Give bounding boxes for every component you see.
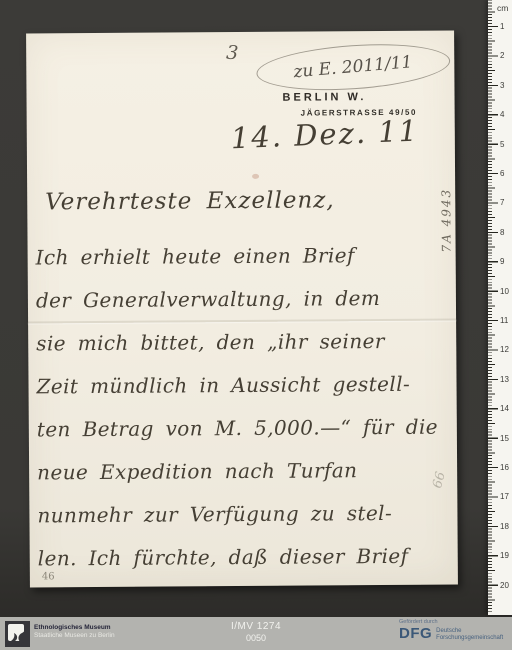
page-number-note: 3 — [226, 42, 239, 65]
registry-note-ellipse: zu E. 2011/11 — [255, 39, 452, 96]
margin-note-vertical: 7A 4943 — [439, 173, 454, 253]
dfg-logo: DFG — [399, 626, 432, 641]
ruler: cm 1234567891011121314151617181920 — [488, 0, 512, 615]
letter-body: Verehrteste Exzellenz, Ich erhielt heute… — [35, 177, 452, 625]
handwritten-line: Ich erhielt heute einen Brief — [35, 235, 449, 281]
ruler-number: 4 — [500, 110, 504, 119]
handwritten-line: Zeit mündlich in Aussicht gestell- — [36, 364, 450, 410]
letterhead-city: BERLIN W. — [282, 91, 366, 104]
corner-page-note: 46 — [42, 571, 55, 582]
ruler-number: 11 — [500, 316, 508, 325]
ruler-number: 2 — [500, 51, 504, 60]
dfg-name: Deutsche Forschungsgemeinschaft — [436, 628, 503, 641]
ruler-number: 1 — [500, 22, 504, 31]
ruler-number: 8 — [500, 228, 504, 237]
ruler-number: 3 — [500, 81, 504, 90]
ruler-number: 15 — [500, 434, 509, 443]
salutation: Verehrteste Exzellenz, — [35, 177, 449, 238]
ruler-number: 14 — [500, 404, 509, 413]
ruler-number: 20 — [500, 581, 509, 590]
dfg-name-line2: Forschungsgemeinschaft — [436, 635, 503, 642]
handwritten-line: neue Expedition nach Turfan — [37, 450, 451, 496]
handwritten-line: len. Ich fürchte, daß dieser Brief — [38, 536, 452, 582]
handwritten-line: ten Betrag von M. 5,000.—“ für die — [37, 407, 451, 453]
handwritten-date: 14. Dez. 11 — [230, 113, 420, 155]
ruler-number: 7 — [500, 198, 504, 207]
handwritten-line: nunmehr zur Verfügung zu stel- — [37, 493, 451, 539]
handwritten-line: sie mich bittet, den „ihr seiner — [36, 321, 450, 367]
letter-page: 3 zu E. 2011/11 BERLIN W. JÄGERSTRASSE 4… — [26, 31, 458, 588]
registry-note: zu E. 2011/11 — [293, 52, 413, 82]
ruler-number: 19 — [500, 551, 509, 560]
ruler-number: 18 — [500, 522, 509, 531]
ruler-number: 10 — [500, 287, 509, 296]
ruler-number: 17 — [500, 492, 509, 501]
archive-footer: Ethnologisches Museum Staatliche Museen … — [0, 617, 512, 650]
ruler-number: 9 — [500, 257, 504, 266]
dfg-block: Gefördert durch DFG Deutsche Forschungsg… — [399, 619, 503, 641]
ruler-unit-label: cm — [497, 3, 508, 13]
ruler-number: 13 — [500, 375, 509, 384]
ruler-number: 16 — [500, 463, 509, 472]
ruler-number: 12 — [500, 345, 509, 354]
handwritten-line: der Generalverwaltung, in dem — [36, 278, 450, 324]
ruler-number: 5 — [500, 140, 504, 149]
ruler-number: 6 — [500, 169, 504, 178]
